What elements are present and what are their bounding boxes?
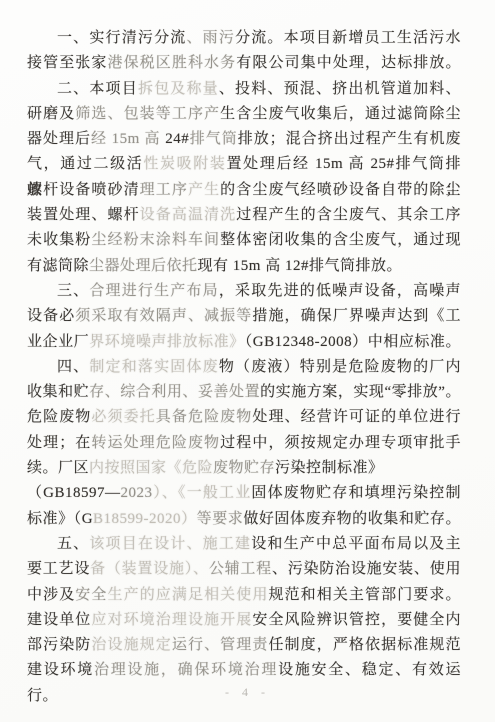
text-run: 研磨及 xyxy=(27,106,75,122)
text-run: 气，通过二级活 xyxy=(27,156,143,172)
text-run: 尘经粉末涂料车间 xyxy=(91,232,220,248)
text-run: 物（废液）特别是危险废物的厂内 xyxy=(219,359,461,375)
text-run: 经 15m 高 xyxy=(91,131,161,147)
text-run: ）、《一般工业 xyxy=(153,485,252,501)
document-line: 建设环境治理设施，确保环境治理设施安全、稳定、有效运行。 xyxy=(27,658,461,683)
text-run: 运行、管理责 xyxy=(172,637,269,653)
text-run: 具备危险废物 xyxy=(156,409,253,425)
document-line: 建设单位应对环境治理设施开展安全风险辨识管控，要健全内 xyxy=(27,608,461,633)
text-run: 四、 xyxy=(57,359,89,375)
text-run: 接管至张家 xyxy=(27,55,107,71)
document-line: 器处理后经 15m 高 24#排气筒排放；混合挤出过程产生有机废 xyxy=(27,127,461,152)
text-run: 须采取有效隔声、减振等 xyxy=(75,308,252,324)
text-run: 措施，确保厂界噪声达到《工 xyxy=(252,308,461,324)
text-run: 有限公司集中处理，达标排放。 xyxy=(236,55,461,71)
document-body: 一、实行清污分流、雨污分流。本项目新增员工生活污水接管至张家港保税区胜科水务有限… xyxy=(27,26,461,684)
text-run: 标准》（G xyxy=(27,511,93,527)
text-run: 、污染防治设施安装、使用 xyxy=(272,561,461,577)
text-run: 规范和相关主管部门要求。 xyxy=(268,587,461,603)
document-line: 未收集粉尘经粉末涂料车间整体密闭收集的含尘废气，通过现 xyxy=(27,228,461,253)
text-run: ，采取先进的低噪声设备，高噪声 xyxy=(219,283,461,299)
text-run: 分流。本项目新增员工生活污水 xyxy=(235,30,461,46)
text-run: 任制度，严格依据标准规范 xyxy=(268,637,461,653)
document-line: 设备必须采取有效隔声、减振等措施，确保厂界噪声达到《工 xyxy=(27,304,461,329)
text-run: 尘器处理后依托 xyxy=(89,258,198,274)
text-run: 的含尘废气经喷砂设备自带的除尘 xyxy=(220,182,461,198)
text-run: 建设单位 xyxy=(27,612,91,628)
document-line: 接管至张家港保税区胜科水务有限公司集中处理，达标排放。 xyxy=(27,51,461,76)
text-run: （GB18597— xyxy=(27,485,121,501)
document-page: 一、实行清污分流、雨污分流。本项目新增员工生活污水接管至张家港保税区胜科水务有限… xyxy=(0,0,495,722)
text-run: 现有 15m 高 12#排气筒排放。 xyxy=(198,258,402,274)
text-run: 设和生产中总平面布局以及主 xyxy=(251,536,461,552)
text-run: 、投料、预混、挤出机管道加料、 xyxy=(219,81,461,97)
text-run: 有滤筒除 xyxy=(27,258,89,274)
document-line: 收集和贮存、综合利用、妥善处置的实施方案，实现“零排放”。 xyxy=(27,380,461,405)
text-run: 设备高温清洗 xyxy=(140,207,237,223)
document-line: 续。厂区内按照国家《危险废物贮存污染控制标准》 xyxy=(27,456,461,481)
text-run: 螺杆设备喷砂清 xyxy=(27,182,140,198)
text-run: 产生 xyxy=(188,182,220,198)
text-run: 应对环境治理设施开展 xyxy=(91,612,252,628)
text-run: 五、 xyxy=(57,536,89,552)
document-line: 四、制定和落实固体废物（废液）特别是危险废物的厂内 xyxy=(27,355,461,380)
document-line: 中涉及安全生产的应满足相关使用规范和相关主管部门要求。 xyxy=(27,583,461,608)
text-run: 治理设施，确保环境治理 xyxy=(94,662,278,678)
text-run: 安全风险辨识管控，要健全内 xyxy=(252,612,461,628)
document-line: 有滤筒除尘器处理后依托现有 15m 高 12#排气筒排放。 xyxy=(27,254,461,279)
text-run: 中涉及 xyxy=(27,587,75,603)
text-run: 拆包及称量 xyxy=(138,81,219,97)
document-line: 螺杆设备喷砂清理工序产生的含尘废气经喷砂设备自带的除尘 xyxy=(27,178,461,203)
document-line: 部污染防治设施规定运行、管理责任制度，严格依据标准规范 xyxy=(27,633,461,658)
text-run: 危险废物 xyxy=(27,409,91,425)
text-run: 装置处理、螺杆 xyxy=(27,207,140,223)
text-run: 做好固体废弃物的收集和贮存。 xyxy=(243,511,461,527)
text-run: 公辅工程 xyxy=(209,561,272,577)
document-line: 五、该项目在设计、施工建设和生产中总平面布局以及主 xyxy=(27,532,461,557)
text-run: 必须委托 xyxy=(91,409,155,425)
document-line: 装置处理、螺杆设备高温清洗过程产生的含尘废气、其余工序 xyxy=(27,203,461,228)
document-line: （GB18597—2023）、《一般工业固体废物贮存和填埋污染控制 xyxy=(27,481,461,506)
text-run: 器处理后 xyxy=(27,131,91,147)
text-run: 建设环境 xyxy=(27,662,94,678)
document-line: 一、实行清污分流、雨污分流。本项目新增员工生活污水 xyxy=(27,26,461,51)
text-run: 性炭吸附装 xyxy=(143,156,226,172)
text-run: 整体密闭收集的含尘废气，通过现 xyxy=(220,232,461,248)
document-line: 业企业厂界环境噪声排放标准》（GB12348-2008）中相应标准。 xyxy=(27,330,461,355)
document-line: 危险废物必须委托具备危险废物处理、经营许可证的单位进行 xyxy=(27,405,461,430)
text-run: 生产的应满足相关使用 xyxy=(108,587,269,603)
text-run: 等要求 xyxy=(197,511,244,527)
text-run: 过程中，须按规定办理专项审批手 xyxy=(220,435,461,451)
text-run: 转运处理危险废物 xyxy=(91,435,220,451)
text-run: 该项目在设计、施工建 xyxy=(89,536,251,552)
text-run: 要工艺设 xyxy=(27,561,90,577)
text-run: （GB12348-2008）中相应标准。 xyxy=(245,334,461,350)
text-run: 固体废物贮存和填埋污染控制 xyxy=(251,485,461,501)
text-run: 过程产生的含尘废气、其余工序 xyxy=(236,207,461,223)
page-number: - 4 - xyxy=(0,685,495,699)
text-run: 废物贮存 xyxy=(213,460,275,476)
text-run: 污染控制标准》 xyxy=(275,460,384,476)
document-line: 二、本项目拆包及称量、投料、预混、挤出机管道加料、 xyxy=(27,77,461,102)
text-run: 24# xyxy=(161,131,190,147)
text-run: 2023 xyxy=(121,485,153,501)
text-run: 港保税区胜科水务 xyxy=(107,55,236,71)
document-line: 要工艺设备（装置设施）、公辅工程、污染防治设施安装、使用 xyxy=(27,557,461,582)
text-run: 处理；在 xyxy=(27,435,91,451)
text-run: 处理、经营许可证的单位进行 xyxy=(252,409,461,425)
text-run: 业企业厂 xyxy=(27,334,89,350)
text-run: 制定和落实固体废 xyxy=(89,359,219,375)
text-run: 续。厂区 xyxy=(27,460,89,476)
text-run: 生含尘废气收集后，通过滤筒除尘 xyxy=(220,106,461,122)
document-line: 三、合理进行生产布局，采取先进的低噪声设备，高噪声 xyxy=(27,279,461,304)
text-run: 合理进行生产布局 xyxy=(89,283,219,299)
document-line: 处理；在转运处理危险废物过程中，须按规定办理专项审批手 xyxy=(27,431,461,456)
text-run: 三、 xyxy=(57,283,89,299)
text-run: 界环境噪声排放标准》 xyxy=(89,334,245,350)
text-run: 一、实行清污分流 xyxy=(57,30,187,46)
text-run: 存、综合利用、妥善处置 xyxy=(89,384,260,400)
text-run: 、雨污 xyxy=(187,30,236,46)
document-line: 研磨及筛选、包装等工序产生含尘废气收集后，通过滤筒除尘 xyxy=(27,102,461,127)
text-run: 安全 xyxy=(75,587,107,603)
text-run: 排气筒 xyxy=(189,131,237,147)
text-run: 收集和贮 xyxy=(27,384,89,400)
text-run: 二、本项目 xyxy=(57,81,138,97)
text-run: 内按照国家《危险 xyxy=(89,460,213,476)
text-run: 未收集粉 xyxy=(27,232,91,248)
text-run: 理工序 xyxy=(140,182,188,198)
text-run: 部污染防 xyxy=(27,637,91,653)
text-run: 的实施方案，实现“零排放”。 xyxy=(260,384,461,400)
text-run: 备（装置设施）、 xyxy=(90,561,209,577)
text-run: 治设施规定 xyxy=(91,637,171,653)
text-run: 筛选、包装等工序产 xyxy=(75,106,220,122)
document-line: 标准》（GB18599-2020）等要求做好固体废弃物的收集和贮存。 xyxy=(27,507,461,532)
text-run: B18599-2020） xyxy=(93,511,197,527)
document-line: 气，通过二级活性炭吸附装置处理后经 15m 高 25#排气筒排放； xyxy=(27,152,461,177)
text-run: 排放；混合挤出过程产生有机废 xyxy=(238,131,461,147)
text-run: 设备必 xyxy=(27,308,75,324)
